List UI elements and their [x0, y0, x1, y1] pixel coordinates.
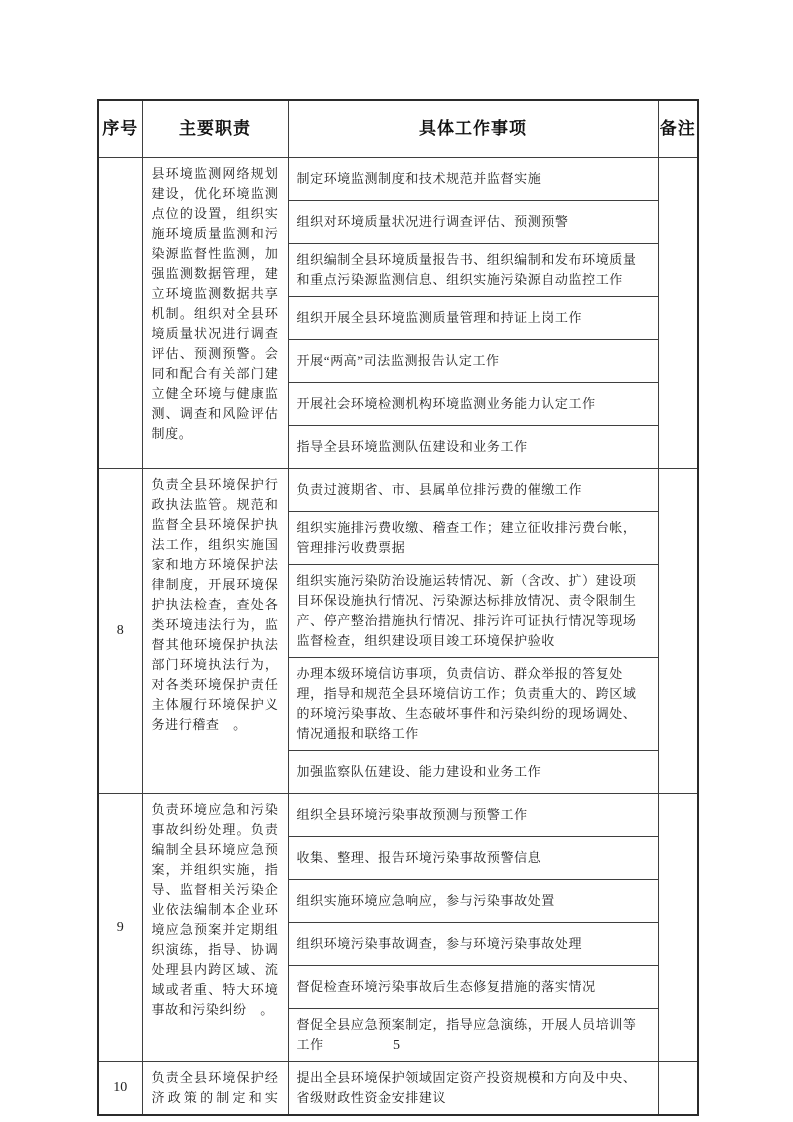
table-row: 县环境监测网络规划建设，优化环境监测点位的设置，组织实施环境质量监测和污染源监督…	[98, 158, 698, 201]
remark-cell	[658, 469, 698, 794]
page-number: 5	[0, 1038, 793, 1054]
work-item-cell: 办理本级环境信访事项，负责信访、群众举报的答复处理，指导和规范全县环境信访工作；…	[288, 658, 658, 751]
remark-cell	[658, 794, 698, 1062]
work-item-cell: 督促检查环境污染事故后生态修复措施的落实情况	[288, 966, 658, 1009]
section-number-cell	[98, 158, 142, 469]
section-number-cell: 9	[98, 794, 142, 1062]
work-item-cell: 组织环境污染事故调查，参与环境污染事故处理	[288, 923, 658, 966]
header-main-duties: 主要职责	[142, 100, 288, 158]
work-item-cell: 负责过渡期省、市、县属单位排污费的催缴工作	[288, 469, 658, 512]
work-item-cell: 开展社会环境检测机构环境监测业务能力认定工作	[288, 383, 658, 426]
main-duty-cell: 县环境监测网络规划建设，优化环境监测点位的设置，组织实施环境质量监测和污染源监督…	[142, 158, 288, 469]
work-item-cell: 组织全县环境污染事故预测与预警工作	[288, 794, 658, 837]
work-item-cell: 组织开展全县环境监测质量管理和持证上岗工作	[288, 297, 658, 340]
main-duty-cell: 负责环境应急和污染事故纠纷处理。负责编制全县环境应急预案，并组织实施，指导、监督…	[142, 794, 288, 1062]
section-number-cell: 10	[98, 1062, 142, 1116]
work-item-cell: 提出全县环境保护领域固定资产投资规模和方向及中央、省级财政性资金安排建议	[288, 1062, 658, 1116]
work-item-cell: 开展“两高”司法监测报告认定工作	[288, 340, 658, 383]
work-item-cell: 组织实施污染防治设施运转情况、新（含改、扩）建设项目环保设施执行情况、污染源达标…	[288, 565, 658, 658]
remark-cell	[658, 158, 698, 469]
table-row: 8 负责全县环境保护行政执法监管。规范和监督全县环境保护执法工作，组织实施国家和…	[98, 469, 698, 512]
work-item-cell: 组织对环境质量状况进行调查评估、预测预警	[288, 201, 658, 244]
work-item-cell: 组织实施排污费收缴、稽查工作；建立征收排污费台帐，管理排污收费票据	[288, 512, 658, 565]
work-item-cell: 组织实施环境应急响应，参与污染事故处置	[288, 880, 658, 923]
main-duty-cell: 负责全县环境保护经济政策的制定和实	[142, 1062, 288, 1116]
document-page: 序号 主要职责 具体工作事项 备注 县环境监测网络规划建设，优化环境监测点位的设…	[0, 0, 793, 1122]
work-item-cell: 组织编制全县环境质量报告书、组织编制和发布环境质量和重点污染源监测信息、组织实施…	[288, 244, 658, 297]
header-serial-number: 序号	[98, 100, 142, 158]
work-item-cell: 收集、整理、报告环境污染事故预警信息	[288, 837, 658, 880]
header-row: 序号 主要职责 具体工作事项 备注	[98, 100, 698, 158]
duty-table: 序号 主要职责 具体工作事项 备注 县环境监测网络规划建设，优化环境监测点位的设…	[97, 99, 699, 1116]
main-duty-cell: 负责全县环境保护行政执法监管。规范和监督全县环境保护执法工作，组织实施国家和地方…	[142, 469, 288, 794]
table-row: 9 负责环境应急和污染事故纠纷处理。负责编制全县环境应急预案，并组织实施，指导、…	[98, 794, 698, 837]
table-row: 10 负责全县环境保护经济政策的制定和实 提出全县环境保护领域固定资产投资规模和…	[98, 1062, 698, 1116]
work-item-cell: 指导全县环境监测队伍建设和业务工作	[288, 426, 658, 469]
header-remarks: 备注	[658, 100, 698, 158]
work-item-cell: 制定环境监测制度和技术规范并监督实施	[288, 158, 658, 201]
section-number-cell: 8	[98, 469, 142, 794]
work-item-cell: 加强监察队伍建设、能力建设和业务工作	[288, 751, 658, 794]
remark-cell	[658, 1062, 698, 1116]
header-specific-work-items: 具体工作事项	[288, 100, 658, 158]
